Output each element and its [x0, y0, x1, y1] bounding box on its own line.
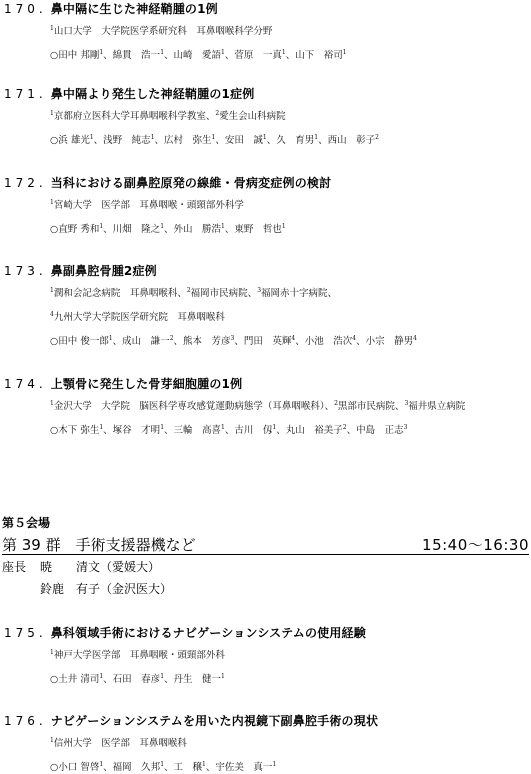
author-name: 浜 雄光: [58, 135, 90, 146]
abstract-title-text: 鼻中隔に生じた神経鞘腫の1例: [51, 2, 218, 16]
session-title: 第 39 群 手術支援器機など: [2, 536, 196, 554]
author-separator: 、: [234, 336, 244, 347]
author-name: 塚谷 才明: [113, 425, 161, 436]
affiliation-line: 4九州大学大学院医学研究院 耳鼻咽喉科: [50, 312, 225, 324]
abstract-number: 174.: [4, 377, 47, 391]
author-separator: 、: [174, 336, 184, 347]
author-separator: 、: [318, 135, 328, 146]
author-name: 浅野 純志: [103, 135, 151, 146]
abstract-title-text: 鼻中隔より発生した神経鞘腫の1症例: [51, 87, 255, 101]
affiliation-text: 宮崎大学 医学部 耳鼻咽喉・頭頸部外科学: [54, 200, 244, 211]
author-separator: 、: [295, 336, 305, 347]
author-separator: 、: [286, 50, 296, 61]
author-name: 川畑 隆之: [113, 224, 161, 235]
abstract-number: 172.: [4, 176, 47, 190]
author-name: 宇佐美 真一: [215, 762, 272, 773]
author-separator: 、: [113, 336, 123, 347]
author-separator: 、: [164, 674, 174, 685]
author-separator: 、: [276, 425, 286, 436]
affiliation-text: 愛生会山科病院: [219, 111, 286, 122]
author-affiliation-marker: 1: [272, 761, 276, 768]
author-separator: 、: [94, 135, 104, 146]
abstract-title[interactable]: 170.鼻中隔に生じた神経鞘腫の1例: [4, 2, 218, 16]
author-name: 西山 彰子: [328, 135, 376, 146]
abstract-title[interactable]: 176.ナビゲーションシステムを用いた内視鏡下副鼻腔手術の現状: [4, 714, 378, 728]
author-list: ○田中 邦剛1、綿貫 浩一1、山崎 愛語1、菅原 一真1、山下 裕司1: [50, 50, 347, 62]
author-separator: 、: [225, 50, 235, 61]
chair-name: 鈴鹿 有子（金沢医大）: [40, 582, 172, 596]
author-affiliation-marker: 3: [404, 424, 408, 431]
author-name: 成山 謙一: [122, 336, 170, 347]
affiliation-text: 九州大学大学院医学研究院 耳鼻咽喉科: [54, 312, 225, 323]
abstract-title-text: 鼻科領域手術におけるナビゲーションシステムの使用経験: [51, 626, 366, 640]
author-affiliation-marker: 4: [413, 335, 417, 342]
author-name: 田中 俊一郎: [58, 336, 109, 347]
abstract-title[interactable]: 173.鼻副鼻腔骨腫2症例: [4, 264, 157, 278]
author-affiliation-marker: 1: [343, 49, 347, 56]
author-name: 広村 弥生: [164, 135, 212, 146]
author-separator: 、: [103, 674, 113, 685]
author-separator: 、: [164, 425, 174, 436]
author-name: 丹生 健一: [174, 674, 222, 685]
author-name: 久 育男: [276, 135, 314, 146]
author-separator: 、: [225, 224, 235, 235]
author-separator: 、: [103, 425, 113, 436]
author-separator: 、: [103, 50, 113, 61]
chair-label: 座長: [2, 560, 26, 574]
affiliation-text: 金沢大学 大学院 脳医科学専攻感覚運動病態学（耳鼻咽喉科）、: [54, 401, 334, 412]
author-name: 土井 清司: [58, 674, 99, 685]
abstract-number: 176.: [4, 714, 47, 728]
author-name: 三輪 高喜: [174, 425, 222, 436]
author-name: 田中 邦剛: [58, 50, 99, 61]
abstract-title-text: 上顎骨に発生した骨芽細胞腫の1例: [51, 377, 243, 391]
author-separator: 、: [164, 224, 174, 235]
abstract-number: 175.: [4, 626, 47, 640]
author-list: ○木下 弥生1、塚谷 才明1、三輪 高喜1、古川 仭1、丸山 裕美子2、中島 正…: [50, 425, 407, 437]
author-list: ○直野 秀和1、川畑 隆之1、外山 勝浩1、東野 哲也1: [50, 224, 286, 236]
author-affiliation-marker: 1: [282, 223, 286, 230]
affiliation-text: 福井県立病院: [408, 401, 465, 412]
abstract-title-text: 鼻副鼻腔骨腫2症例: [51, 264, 157, 278]
author-name: 木下 弥生: [58, 425, 99, 436]
affiliation-line: 1神戸大学医学部 耳鼻咽喉・頭頸部外科: [50, 650, 225, 662]
affiliation-text: 潤和会記念病院 耳鼻咽喉科、: [54, 288, 187, 299]
abstract-title-text: ナビゲーションシステムを用いた内視鏡下副鼻腔手術の現状: [51, 714, 378, 728]
author-name: 中島 正志: [356, 425, 404, 436]
abstract-title-text: 当科における副鼻腔原発の線維・骨病変症例の検討: [51, 176, 332, 190]
abstract-title[interactable]: 174.上顎骨に発生した骨芽細胞腫の1例: [4, 377, 242, 391]
abstract-number: 173.: [4, 264, 47, 278]
author-name: 直野 秀和: [58, 224, 99, 235]
author-name: 安田 誠: [225, 135, 263, 146]
abstract-number: 171.: [4, 87, 47, 101]
author-name: 小池 浩次: [305, 336, 353, 347]
author-separator: 、: [103, 762, 113, 773]
affiliation-text: 黒部市民病院、: [338, 401, 405, 412]
affiliation-text: 京都府立医科大学耳鼻咽喉科学教室、: [54, 111, 216, 122]
abstract-title[interactable]: 172.当科における副鼻腔原発の線維・骨病変症例の検討: [4, 176, 331, 190]
author-name: 菅原 一真: [234, 50, 282, 61]
affiliation-text: 福岡赤十字病院、: [261, 288, 337, 299]
session-header: 第 39 群 手術支援器機など15:40～16:30: [2, 536, 529, 555]
abstract-title[interactable]: 171.鼻中隔より発生した神経鞘腫の1症例: [4, 87, 254, 101]
author-separator: 、: [347, 425, 357, 436]
author-name: 福岡 久邦: [113, 762, 161, 773]
author-affiliation-marker: 1: [221, 673, 225, 680]
author-name: 小宗 静男: [366, 336, 414, 347]
author-separator: 、: [103, 224, 113, 235]
author-separator: 、: [267, 135, 277, 146]
author-list: ○田中 俊一郎1、成山 謙一2、熊本 芳彦3、門田 英輝4、小池 浩次4、小宗 …: [50, 336, 417, 348]
author-separator: 、: [356, 336, 366, 347]
author-separator: 、: [164, 50, 174, 61]
author-name: 門田 英輝: [244, 336, 292, 347]
author-separator: 、: [225, 425, 235, 436]
abstract-title[interactable]: 175.鼻科領域手術におけるナビゲーションシステムの使用経験: [4, 626, 366, 640]
author-name: 外山 勝浩: [174, 224, 222, 235]
affiliation-line: 1山口大学 大学院医学系研究科 耳鼻咽喉科学分野: [50, 26, 272, 38]
author-name: 山下 裕司: [295, 50, 343, 61]
author-separator: 、: [155, 135, 165, 146]
author-name: 小口 智啓: [58, 762, 99, 773]
session-time: 15:40～16:30: [422, 536, 529, 554]
affiliation-text: 信州大学 医学部 耳鼻咽喉科: [54, 738, 187, 749]
chair-name: 暁 清文（愛媛大）: [40, 560, 160, 574]
abstract-number: 170.: [4, 2, 47, 16]
author-list: ○浜 雄光1、浅野 純志1、広村 弥生1、安田 誠1、久 育男1、西山 彰子2: [50, 135, 379, 147]
author-name: 工 穣: [174, 762, 203, 773]
author-list: ○小口 智啓1、福岡 久邦1、工 穣1、宇佐美 真一1: [50, 762, 276, 774]
author-name: 山崎 愛語: [174, 50, 222, 61]
author-name: 石田 春彦: [113, 674, 161, 685]
affiliation-text: 山口大学 大学院医学系研究科 耳鼻咽喉科学分野: [54, 26, 273, 37]
author-name: 熊本 芳彦: [183, 336, 231, 347]
affiliation-text: 神戸大学医学部 耳鼻咽喉・頭頸部外科: [54, 650, 225, 661]
author-separator: 、: [206, 762, 216, 773]
author-affiliation-marker: 2: [375, 134, 379, 141]
affiliation-line: 1金沢大学 大学院 脳医科学専攻感覚運動病態学（耳鼻咽喉科）、2黒部市民病院、3…: [50, 401, 465, 413]
venue-label: 第５会場: [2, 516, 50, 530]
author-name: 丸山 裕美子: [286, 425, 343, 436]
affiliation-line: 1潤和会記念病院 耳鼻咽喉科、2福岡市民病院、3福岡赤十字病院、: [50, 288, 337, 300]
author-separator: 、: [164, 762, 174, 773]
author-list: ○土井 清司1、石田 春彦1、丹生 健一1: [50, 674, 225, 686]
author-name: 東野 哲也: [234, 224, 282, 235]
affiliation-line: 1宮崎大学 医学部 耳鼻咽喉・頭頸部外科学: [50, 200, 244, 212]
author-separator: 、: [215, 135, 225, 146]
affiliation-line: 1信州大学 医学部 耳鼻咽喉科: [50, 738, 187, 750]
author-name: 古川 仭: [234, 425, 272, 436]
affiliation-line: 1京都府立医科大学耳鼻咽喉科学教室、2愛生会山科病院: [50, 111, 286, 123]
author-name: 綿貫 浩一: [113, 50, 161, 61]
affiliation-text: 福岡市民病院、: [191, 288, 258, 299]
